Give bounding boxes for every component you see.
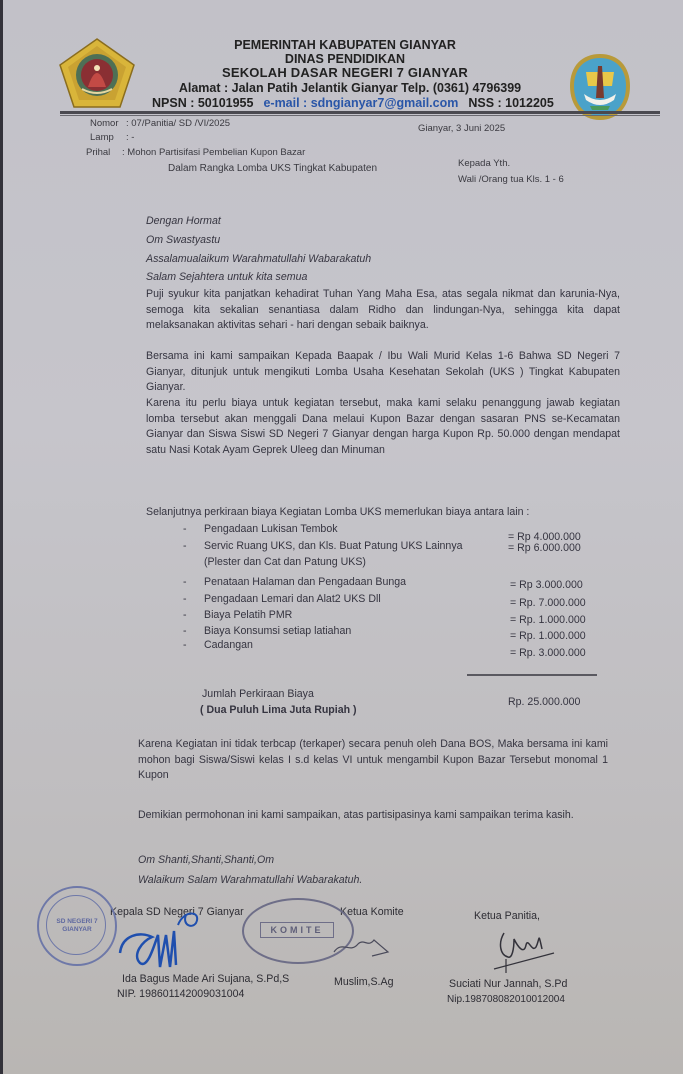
letterhead-government: PEMERINTAH KABUPATEN GIANYAR: [175, 38, 515, 52]
panitia-nip: Nip.198708082010012004: [447, 994, 565, 1005]
cost-label: Servic Ruang UKS, dan Kls. Buat Patung U…: [204, 539, 463, 555]
committee-signature: [332, 930, 392, 965]
attachment-line: Lamp: -: [90, 131, 134, 144]
recipient-line-1: Kepada Yth.: [458, 157, 510, 170]
photo-edge: [0, 0, 3, 1074]
closing-2: Walaikum Salam Warahmatullahi Wabarakatu…: [138, 872, 362, 888]
cost-label-detail: (Plester dan Cat dan Patung UKS): [204, 555, 366, 571]
principal-nip: NIP. 198601142009031004: [117, 988, 244, 1000]
cost-amount: = Rp. 1.000.000: [510, 629, 586, 645]
letterhead-divider-thin: [60, 115, 660, 116]
greeting-2: Om Swastyastu: [146, 232, 220, 248]
letter-number: Nomor: 07/Panitia/ SD /VI/2025: [90, 117, 230, 130]
committee-title: Ketua Komite: [340, 906, 404, 918]
letterhead-contact: NPSN : 50101955e-mail : sdngianyar7@gmai…: [152, 96, 554, 110]
cost-label: Cadangan: [204, 638, 253, 654]
panitia-signature: [484, 925, 564, 978]
greeting-4: Salam Sejahtera untuk kita semua: [146, 269, 307, 285]
greeting-3: Assalamualaikum Warahmatullahi Wabarakat…: [146, 251, 371, 267]
prihal-label: Prihal: [86, 146, 122, 159]
prihal-value: : Mohon Partisifasi Pembelian Kupon Baza…: [122, 147, 305, 158]
paragraph-thanks: Demikian permohonan ini kami sampaikan, …: [138, 808, 608, 824]
cost-label: Biaya Pelatih PMR: [204, 608, 292, 624]
letterhead-address: Alamat : Jalan Patih Jelantik Gianyar Te…: [150, 81, 550, 95]
panitia-title: Ketua Panitia,: [474, 910, 540, 922]
cost-amount: = Rp. 3.000.000: [510, 646, 586, 662]
total-words: ( Dua Puluh Lima Juta Rupiah ): [200, 703, 357, 719]
cost-label: Pengadaan Lemari dan Alat2 UKS Dll: [204, 592, 381, 608]
regency-emblem-icon: [58, 37, 136, 109]
committee-stamp-center: KOMITE: [260, 922, 334, 938]
stamp-center-text: SD NEGERI 7 GIANYAR: [49, 918, 105, 934]
paragraph-request: Karena Kegiatan ini tidak terbcap (terka…: [138, 737, 608, 784]
nomor-label: Nomor: [90, 117, 126, 130]
cost-amount: = Rp. 7.000.000: [510, 596, 586, 612]
cost-amount: = Rp 3.000.000: [510, 578, 583, 594]
committee-name: Muslim,S.Ag: [334, 976, 393, 988]
letterhead-divider: [60, 111, 660, 114]
subject-line: Prihal: Mohon Partisifasi Pembelian Kupo…: [86, 146, 305, 159]
npsn: NPSN : 50101955: [152, 96, 253, 110]
nomor-value: : 07/Panitia/ SD /VI/2025: [126, 118, 230, 129]
sum-line: [467, 674, 597, 676]
greeting-1: Dengan Hormat: [146, 213, 221, 229]
cost-amount: = Rp 6.000.000: [508, 541, 581, 557]
total-label: Jumlah Perkiraan Biaya: [202, 687, 314, 703]
recipient-line-2: Wali /Orang tua Kls. 1 - 6: [458, 173, 564, 186]
cost-amount: = Rp. 1.000.000: [510, 613, 586, 629]
nss: NSS : 1012205: [468, 96, 553, 110]
cost-intro: Selanjutnya perkiraan biaya Kegiatan Lom…: [146, 505, 620, 521]
letterhead-school: SEKOLAH DASAR NEGERI 7 GIANYAR: [160, 66, 530, 80]
closing-1: Om Shanti,Shanti,Shanti,Om: [138, 852, 274, 868]
subject-line-2: Dalam Rangka Lomba UKS Tingkat Kabupaten: [168, 162, 377, 175]
lamp-value: : -: [126, 132, 134, 143]
lamp-label: Lamp: [90, 131, 126, 144]
paragraph-announcement: Bersama ini kami sampaikan Kepada Baapak…: [146, 349, 620, 396]
cost-label: Penataan Halaman dan Pengadaan Bunga: [204, 575, 406, 591]
school-stamp: SD NEGERI 7 GIANYAR: [37, 886, 117, 966]
total-amount: Rp. 25.000.000: [508, 695, 580, 711]
letterhead-department: DINAS PENDIDIKAN: [175, 52, 515, 66]
letter-date: Gianyar, 3 Juni 2025: [418, 122, 505, 135]
panitia-name: Suciati Nur Jannah, S.Pd: [449, 978, 567, 990]
cost-label: Pengadaan Lukisan Tembok: [204, 522, 338, 538]
principal-name: Ida Bagus Made Ari Sujana, S.Pd,S: [122, 973, 289, 985]
paragraph-funding: Karena itu perlu biaya untuk kegiatan te…: [146, 396, 620, 458]
principal-signature: [112, 905, 212, 982]
email-link[interactable]: e-mail : sdngianyar7@gmail.com: [263, 96, 458, 110]
paragraph-gratitude: Puji syukur kita panjatkan kehadirat Tuh…: [146, 287, 620, 334]
